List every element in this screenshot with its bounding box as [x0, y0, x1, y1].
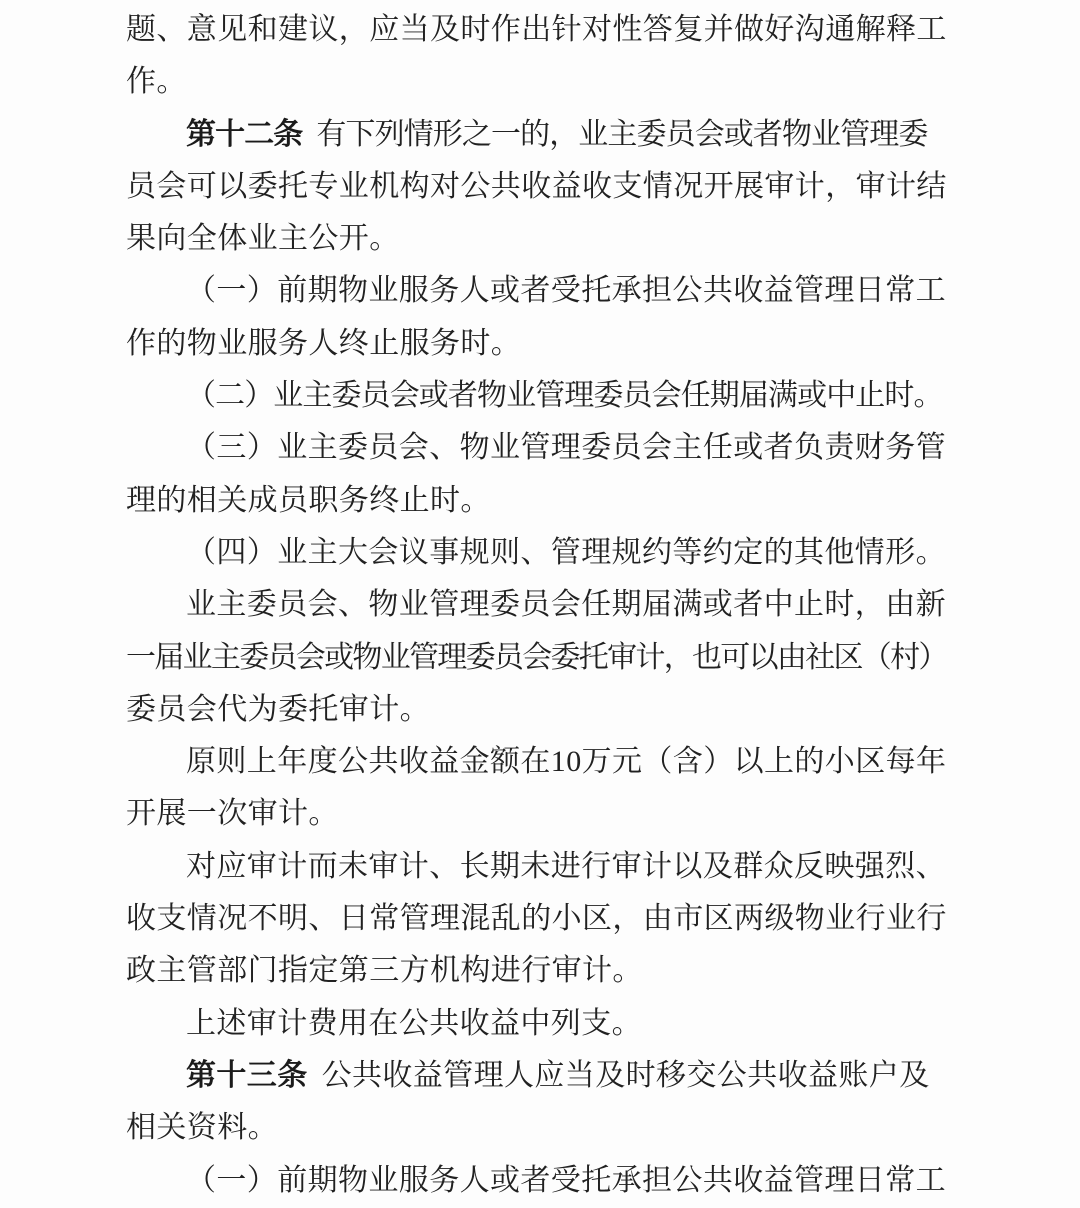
- line-text: 公共收益管理人应当及时移交公共收益账户及: [322, 1059, 930, 1092]
- line-text: （二）业主委员会或者物业管理委员会任期届满或中止时。: [186, 379, 943, 412]
- text-line: 收支情况不明、日常管理混乱的小区，由市区两级物业行业行: [126, 893, 950, 945]
- line-text: 政主管部门指定第三方机构进行审计。: [126, 954, 643, 987]
- line-text: 员会可以委托专业机构对公共收益收支情况开展审计，审计结: [126, 170, 947, 203]
- line-text: 一届业主委员会或物业管理委员会委托审计，也可以由社区（村）: [126, 641, 947, 674]
- text-line-item-1: （一）前期物业服务人或者受托承担公共收益管理日常工: [126, 265, 950, 317]
- line-text: 果向全体业主公开。: [126, 222, 400, 255]
- line-text: 原则上年度公共收益金额在10万元（含）以上的小区每年: [186, 745, 946, 778]
- line-text: （四）业主大会议事规则、管理规约等约定的其他情形。: [186, 536, 946, 569]
- line-text: （三）业主委员会、物业管理委员会主任或者负责财务管: [186, 431, 946, 464]
- text-line-item-2: （二）业主委员会或者物业管理委员会任期届满或中止时。: [126, 370, 950, 422]
- article-number: 第十二条: [186, 118, 302, 151]
- text-line: 对应审计而未审计、长期未进行审计以及群众反映强烈、: [126, 841, 950, 893]
- line-text: （一）前期物业服务人或者受托承担公共收益管理日常工: [186, 274, 946, 307]
- line-text: 理的相关成员职务终止时。: [126, 484, 491, 517]
- text-line: 政主管部门指定第三方机构进行审计。: [126, 945, 950, 997]
- text-line: 原则上年度公共收益金额在10万元（含）以上的小区每年: [126, 736, 950, 788]
- line-text: 作。: [126, 65, 187, 98]
- text-line: 题、意见和建议，应当及时作出针对性答复并做好沟通解释工: [126, 4, 950, 56]
- text-line: 一届业主委员会或物业管理委员会委托审计，也可以由社区（村）: [126, 632, 950, 684]
- text-line: 员会可以委托专业机构对公共收益收支情况开展审计，审计结: [126, 161, 950, 213]
- text-line: 果向全体业主公开。: [126, 213, 950, 265]
- line-text: 上述审计费用在公共收益中列支。: [186, 1007, 642, 1040]
- text-line: 业主委员会、物业管理委员会任期届满或者中止时，由新: [126, 579, 950, 631]
- line-text: 对应审计而未审计、长期未进行审计以及群众反映强烈、: [186, 850, 946, 883]
- line-text: 业主委员会、物业管理委员会任期届满或者中止时，由新: [186, 588, 946, 621]
- document-page: 题、意见和建议，应当及时作出针对性答复并做好沟通解释工 作。 第十二条有下列情形…: [0, 0, 1080, 1208]
- text-line-article-13: 第十三条公共收益管理人应当及时移交公共收益账户及: [126, 1050, 950, 1102]
- line-text: 作的物业服务人终止服务时。: [126, 327, 521, 360]
- line-text: 有下列情形之一的，业主委员会或者物业管理委: [316, 118, 927, 151]
- text-line: 作的物业服务人终止服务时。: [126, 318, 950, 370]
- text-line: 理的相关成员职务终止时。: [126, 475, 950, 527]
- text-line: 作。: [126, 56, 950, 108]
- text-line: 相关资料。: [126, 1102, 950, 1154]
- text-line: 开展一次审计。: [126, 788, 950, 840]
- line-text: 相关资料。: [126, 1111, 278, 1144]
- line-text: 题、意见和建议，应当及时作出针对性答复并做好沟通解释工: [126, 13, 947, 46]
- line-text: 收支情况不明、日常管理混乱的小区，由市区两级物业行业行: [126, 902, 947, 935]
- article-number: 第十三条: [186, 1059, 308, 1092]
- text-line-item-3: （三）业主委员会、物业管理委员会主任或者负责财务管: [126, 422, 950, 474]
- line-text: 委员会代为委托审计。: [126, 693, 430, 726]
- text-line-item-4: （四）业主大会议事规则、管理规约等约定的其他情形。: [126, 527, 950, 579]
- document-text-column: 题、意见和建议，应当及时作出针对性答复并做好沟通解释工 作。 第十二条有下列情形…: [126, 4, 950, 1207]
- text-line: 委员会代为委托审计。: [126, 684, 950, 736]
- text-line: 上述审计费用在公共收益中列支。: [126, 998, 950, 1050]
- line-text: 开展一次审计。: [126, 797, 339, 830]
- text-line-article-12: 第十二条有下列情形之一的，业主委员会或者物业管理委: [126, 109, 950, 161]
- text-line-item-1: （一）前期物业服务人或者受托承担公共收益管理日常工: [126, 1155, 950, 1207]
- line-text: （一）前期物业服务人或者受托承担公共收益管理日常工: [186, 1164, 946, 1197]
